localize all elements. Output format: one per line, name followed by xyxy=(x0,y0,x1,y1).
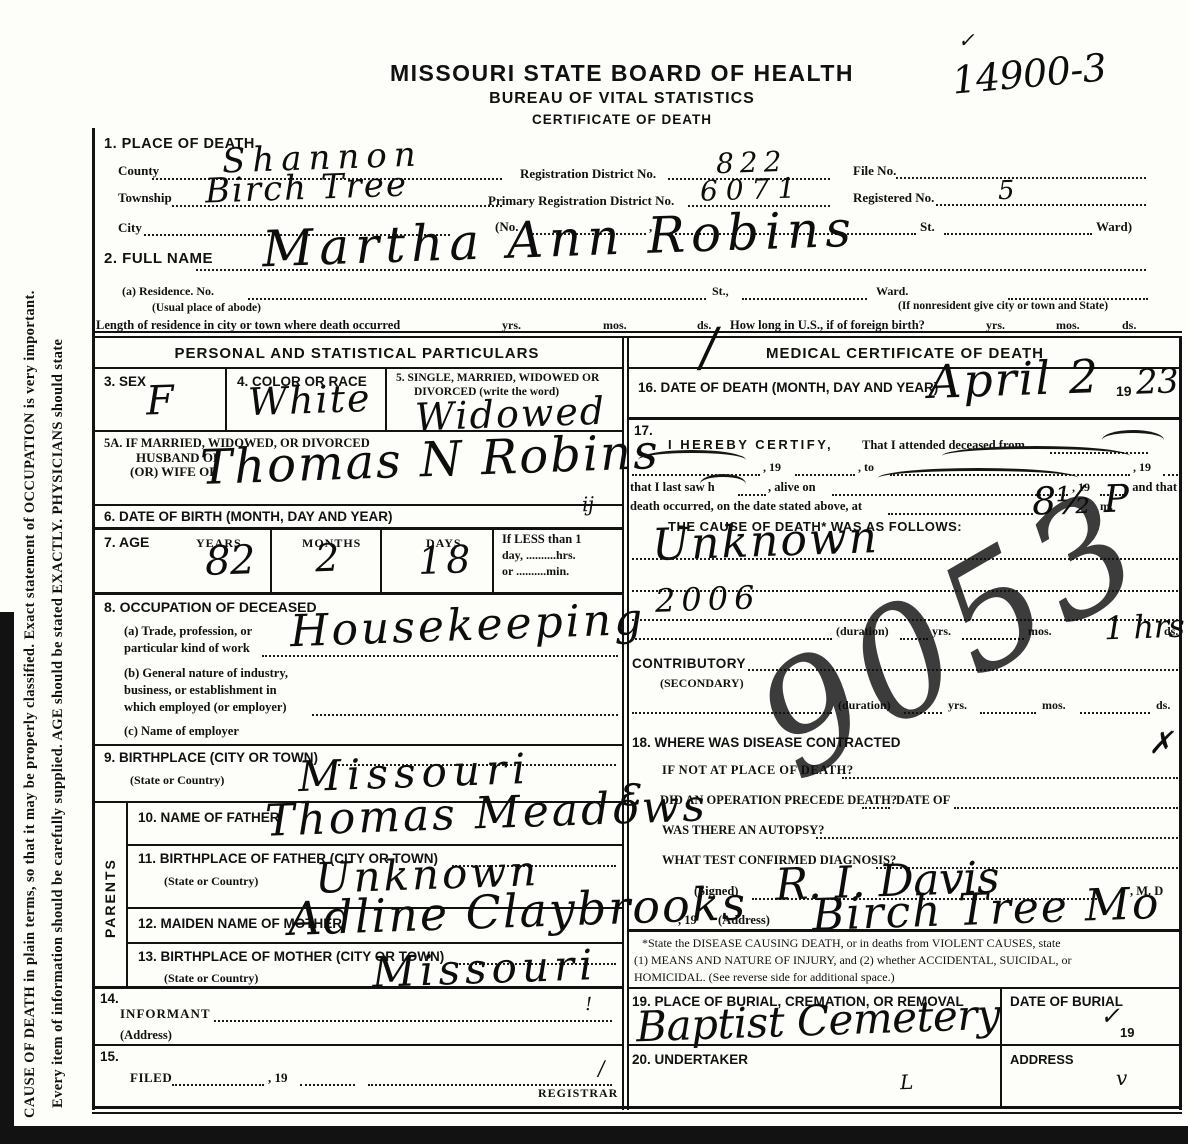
date-of-label: DATE OF xyxy=(896,793,950,808)
length-residence-label: Length of residence in city or town wher… xyxy=(96,318,400,333)
bureau-title: BUREAU OF VITAL STATISTICS xyxy=(262,90,982,108)
age-months-value: 2 xyxy=(314,536,339,581)
occupation-b3: which employed (or employer) xyxy=(124,700,287,715)
occupation-b1: (b) General nature of industry, xyxy=(124,666,288,681)
abode-label: (Usual place of abode) xyxy=(152,302,261,314)
bottom-rule-b xyxy=(92,1112,1182,1114)
rule xyxy=(126,844,622,846)
informant-line xyxy=(214,1019,612,1022)
howlong-mos-label: mos. xyxy=(1056,318,1080,333)
less-than-1-hrs: day, ..........hrs. xyxy=(502,548,576,563)
cell-divider xyxy=(225,369,227,430)
last-saw-line-1 xyxy=(738,493,766,496)
duration2-ds: ds. xyxy=(1156,698,1170,713)
footnote-line-1: *State the DISEASE CAUSING DEATH, or in … xyxy=(642,936,1061,951)
form-left-border xyxy=(92,128,95,1110)
registrar-label: REGISTRAR xyxy=(538,1086,618,1101)
ward-label: Ward) xyxy=(1096,219,1132,235)
rule xyxy=(92,1044,622,1046)
stray-mark-burial: ✓ xyxy=(1100,1002,1121,1031)
secondary-label: (SECONDARY) xyxy=(660,676,744,691)
township-label: Township xyxy=(118,190,172,206)
length-yrs-label: yrs. xyxy=(502,318,521,333)
scan-artifact-left xyxy=(0,612,14,1144)
birthplace-label: 9. BIRTHPLACE (CITY OR TOWN) xyxy=(104,750,318,765)
rule xyxy=(629,417,1179,420)
undertaker-address-label: ADDRESS xyxy=(1010,1052,1074,1067)
operation-line xyxy=(862,806,890,809)
rule xyxy=(629,929,1179,932)
street-label: St. xyxy=(920,219,935,235)
cell-divider xyxy=(270,530,272,592)
pen-stroke xyxy=(1102,430,1164,440)
occupation-c: (c) Name of employer xyxy=(124,724,239,739)
certify-line-5 xyxy=(1163,473,1178,476)
marital-label-1: 5. SINGLE, MARRIED, WIDOWED OR xyxy=(396,372,599,384)
certify-line-2 xyxy=(632,473,760,476)
residence-ward-label: Ward. xyxy=(876,284,908,299)
bottom-rule-a xyxy=(92,1106,1182,1109)
sex-value: F xyxy=(145,378,174,425)
stray-mark-undertaker: L xyxy=(900,1070,914,1094)
township-value: Birch Tree xyxy=(204,164,408,211)
husband-value: Thomas N Robins xyxy=(199,424,660,496)
howlong-yrs-label: yrs. xyxy=(986,318,1005,333)
mother-birthplace-state-label: (State or Country) xyxy=(164,971,258,986)
rule xyxy=(629,987,1179,989)
cause-of-death-value: Unknown xyxy=(651,512,880,571)
if-not-line xyxy=(842,776,1178,779)
alive-on-label: , alive on xyxy=(768,480,816,495)
rule xyxy=(1000,1044,1180,1046)
howlong-ds-label: ds. xyxy=(1122,318,1136,333)
date-of-death-19: 19 xyxy=(1116,383,1132,399)
residence-label: (a) Residence. No. xyxy=(122,284,214,299)
stray-mark-registrar: / xyxy=(598,1056,605,1080)
and-that-label: , and that xyxy=(1126,480,1177,495)
margin-note-line2: CAUSE OF DEATH in plain terms, so that i… xyxy=(22,290,39,1118)
informant-label: INFORMANT xyxy=(120,1006,211,1022)
ward-line xyxy=(944,232,1092,235)
occupation-a2: particular kind of work xyxy=(124,641,250,656)
cause-code-value: 2006 xyxy=(654,578,761,620)
certificate-number-handwritten: 14900-3 xyxy=(950,45,1108,102)
length-mos-label: mos. xyxy=(603,318,627,333)
stray-mark-header-slash: / xyxy=(699,318,718,379)
file-no-label: File No. xyxy=(853,163,896,179)
stray-mark-ij: ij xyxy=(582,492,594,516)
duration2-dots-3 xyxy=(1080,711,1150,714)
scan-artifact-bottom xyxy=(0,1126,1188,1144)
city-label: City xyxy=(118,220,142,236)
date-of-death-label: 16. DATE OF DEATH (MONTH, DAY AND YEAR) xyxy=(638,380,938,395)
age-years-value: 82 xyxy=(204,537,255,585)
certify-line-3 xyxy=(795,473,855,476)
father-birthplace-state-label: (State or Country) xyxy=(164,874,258,889)
cell-divider xyxy=(492,530,494,592)
board-title: MISSOURI STATE BOARD OF HEALTH xyxy=(262,60,982,87)
informant-address-label: (Address) xyxy=(120,1028,172,1043)
footnote-line-3: HOMICIDAL. (See reverse side for additio… xyxy=(634,970,895,985)
date-of-death-value: April 2 xyxy=(927,349,1101,409)
checkmark-icon: ✓ xyxy=(958,28,975,53)
age-label: 7. AGE xyxy=(104,534,149,550)
registration-district-label: Registration District No. xyxy=(520,166,656,182)
signed-label: (Signed) xyxy=(694,884,738,899)
employer-line xyxy=(312,713,618,716)
rule xyxy=(92,986,622,989)
informant-number: 14. xyxy=(100,991,119,1006)
filed-line-2 xyxy=(300,1083,355,1086)
certificate-title: CERTIFICATE OF DEATH xyxy=(262,112,982,127)
filed-line-1 xyxy=(172,1083,264,1086)
age-days-value: 18 xyxy=(417,537,475,583)
filed-19-label: , 19 xyxy=(268,1070,288,1086)
date-of-death-year-value: 23 xyxy=(1135,361,1179,402)
pen-stroke xyxy=(878,468,1078,478)
duration2-mos: mos. xyxy=(1042,698,1066,713)
howlong-label: How long in U.S., if of foreign birth? xyxy=(730,318,925,333)
rule xyxy=(92,744,622,746)
autopsy-line xyxy=(816,836,1178,839)
full-name-label: 2. FULL NAME xyxy=(104,250,213,267)
race-value: White xyxy=(247,376,372,424)
date-of-line xyxy=(954,806,1178,809)
registered-no-value: 5 xyxy=(997,176,1014,207)
father-name-label: 10. NAME OF FATHER xyxy=(138,810,280,825)
file-no-line xyxy=(896,176,1146,179)
autopsy-label: WAS THERE AN AUTOPSY? xyxy=(662,823,824,838)
sex-label: 3. SEX xyxy=(104,374,146,389)
undertaker-label: 20. UNDERTAKER xyxy=(632,1052,748,1067)
burial-cell-divider xyxy=(1000,989,1002,1106)
address-label: (Address) xyxy=(718,913,770,928)
item-17-number: 17. xyxy=(634,423,653,438)
residence-line xyxy=(248,297,706,300)
footnote-line-2: (1) MEANS AND NATURE OF INJURY, and (2) … xyxy=(634,953,1071,968)
registered-no-line xyxy=(936,203,1146,206)
less-than-1-min: or ..........min. xyxy=(502,564,569,579)
occupation-a1: (a) Trade, profession, or xyxy=(124,624,252,639)
residence-st-label: St., xyxy=(712,284,729,299)
certify-19-a: , 19 xyxy=(763,460,781,475)
rule xyxy=(92,527,622,530)
stray-mark-address: v xyxy=(1116,1066,1128,1090)
rule xyxy=(629,1044,1000,1046)
certify-19-b: , 19 xyxy=(1133,460,1151,475)
filed-number: 15. xyxy=(100,1049,119,1064)
address-19-label: , 19 xyxy=(678,913,697,928)
occupation-value: Housekeeping xyxy=(289,594,646,657)
birthplace-state-label: (State or Country) xyxy=(130,773,224,788)
less-than-1-label: If LESS than 1 xyxy=(502,532,582,547)
date-of-birth-label: 6. DATE OF BIRTH (MONTH, DAY AND YEAR) xyxy=(104,509,393,524)
rule xyxy=(92,504,622,506)
occupation-label: 8. OCCUPATION OF DECEASED xyxy=(104,599,317,615)
margin-note-line1: Every item of information should be care… xyxy=(50,339,67,1108)
rule xyxy=(92,592,622,595)
stray-mark-informant: ! xyxy=(585,994,592,1015)
residence-st-line xyxy=(742,297,867,300)
cell-divider xyxy=(385,369,387,430)
nonresident-label: (If nonresident give city or town and St… xyxy=(898,300,1108,312)
parents-vertical-label: PARENTS xyxy=(102,858,118,938)
burial-19-label: 19 xyxy=(1120,1025,1134,1040)
occupation-b2: business, or establishment in xyxy=(124,683,277,698)
stray-mark-scribble: ε xyxy=(619,766,643,816)
registered-no-label: Registered No. xyxy=(853,190,934,206)
form-right-border xyxy=(1179,336,1182,1110)
certify-to-label: , to xyxy=(858,460,874,475)
filed-label: FILED xyxy=(130,1070,172,1086)
death-occurred-label: death occurred, on the date stated above… xyxy=(630,499,862,514)
death-certificate-scan: Every item of information should be care… xyxy=(0,0,1188,1144)
parents-cell-divider xyxy=(126,801,128,988)
personal-section-title: PERSONAL AND STATISTICAL PARTICULARS xyxy=(92,345,622,362)
rule xyxy=(92,367,622,369)
full-name-value: Martha Ann Robins xyxy=(261,200,858,279)
stray-mark-cross: ✗ xyxy=(1147,726,1173,762)
cell-divider xyxy=(380,530,382,592)
duration-ds: ds. xyxy=(1164,624,1178,639)
